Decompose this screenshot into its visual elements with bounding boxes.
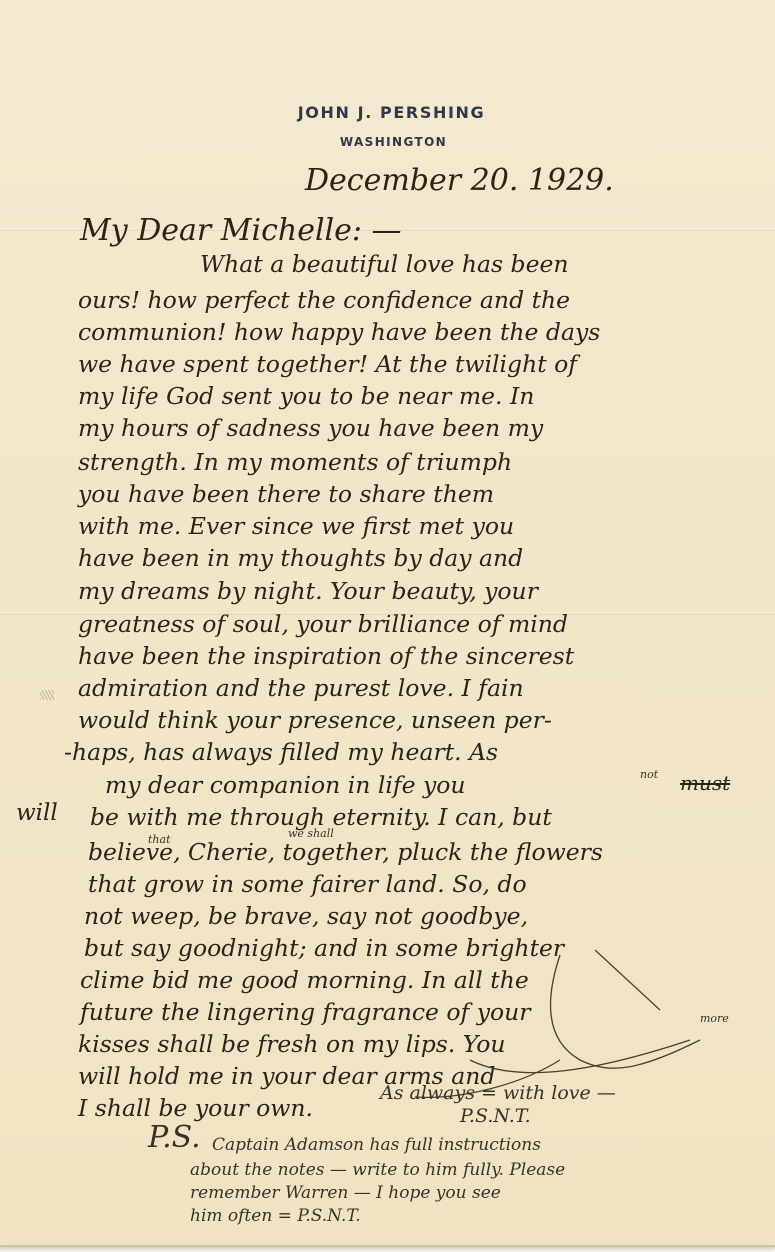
body-line: have been in my thoughts by day and	[78, 544, 523, 572]
body-line: we have spent together! At the twilight …	[78, 350, 577, 378]
body-line: not weep, be brave, say not goodbye,	[84, 902, 528, 930]
body-line: my hours of sadness you have been my	[78, 414, 543, 442]
body-line: have been the inspiration of the sincere…	[78, 642, 574, 670]
margin-note: will	[16, 800, 58, 826]
postscript-line: about the notes — write to him fully. Pl…	[190, 1160, 565, 1180]
letter-date: December 20. 1929.	[305, 163, 614, 198]
closing-line: As always = with love —	[380, 1082, 616, 1104]
body-line: What a beautiful love has been	[200, 250, 569, 278]
body-line: kisses shall be fresh on my lips. You	[78, 1030, 506, 1058]
postscript-line: him often = P.S.N.T.	[190, 1206, 361, 1226]
salutation: My Dear Michelle: —	[80, 213, 402, 248]
postscript-mark: P.S.	[148, 1120, 201, 1155]
letterhead-name: JOHN J. PERSHING	[0, 103, 775, 122]
body-line: you have been there to share them	[78, 480, 494, 508]
body-line: ours! how perfect the confidence and the	[78, 286, 570, 314]
postscript-line: remember Warren — I hope you see	[190, 1183, 501, 1203]
insert-more: more	[700, 1012, 729, 1025]
body-line: that grow in some fairer land. So, do	[88, 870, 527, 898]
body-line: with me. Ever since we first met you	[78, 512, 514, 540]
letterhead-city: WASHINGTON	[0, 135, 775, 149]
body-line: future the lingering fragrance of your	[80, 998, 531, 1026]
body-line: admiration and the purest love. I fain	[78, 674, 524, 702]
body-line: clime bid me good morning. In all the	[80, 966, 529, 994]
body-line: but say goodnight; and in some brighter	[84, 934, 564, 962]
body-line: I shall be your own.	[78, 1094, 313, 1122]
body-line: my dreams by night. Your beauty, your	[78, 577, 538, 605]
body-line: communion! how happy have been the days	[78, 318, 600, 346]
body-line: greatness of soul, your brilliance of mi…	[78, 610, 568, 638]
body-line: my life God sent you to be near me. In	[78, 382, 534, 410]
struck-word: must	[680, 771, 730, 795]
body-line: my dear companion in life you	[105, 771, 466, 799]
body-line: believe, Cherie, together, pluck the flo…	[88, 838, 603, 866]
letter-paper: JOHN J. PERSHING WASHINGTON December 20.…	[0, 0, 775, 1247]
closing-initials: P.S.N.T.	[460, 1105, 531, 1127]
ink-smudge	[40, 690, 54, 700]
insert-not: not	[640, 768, 658, 781]
body-line: strength. In my moments of triumph	[78, 448, 512, 476]
body-line: would think your presence, unseen per-	[78, 706, 552, 734]
body-line: -haps, has always filled my heart. As	[64, 738, 498, 766]
postscript-line: Captain Adamson has full instructions	[212, 1135, 541, 1155]
